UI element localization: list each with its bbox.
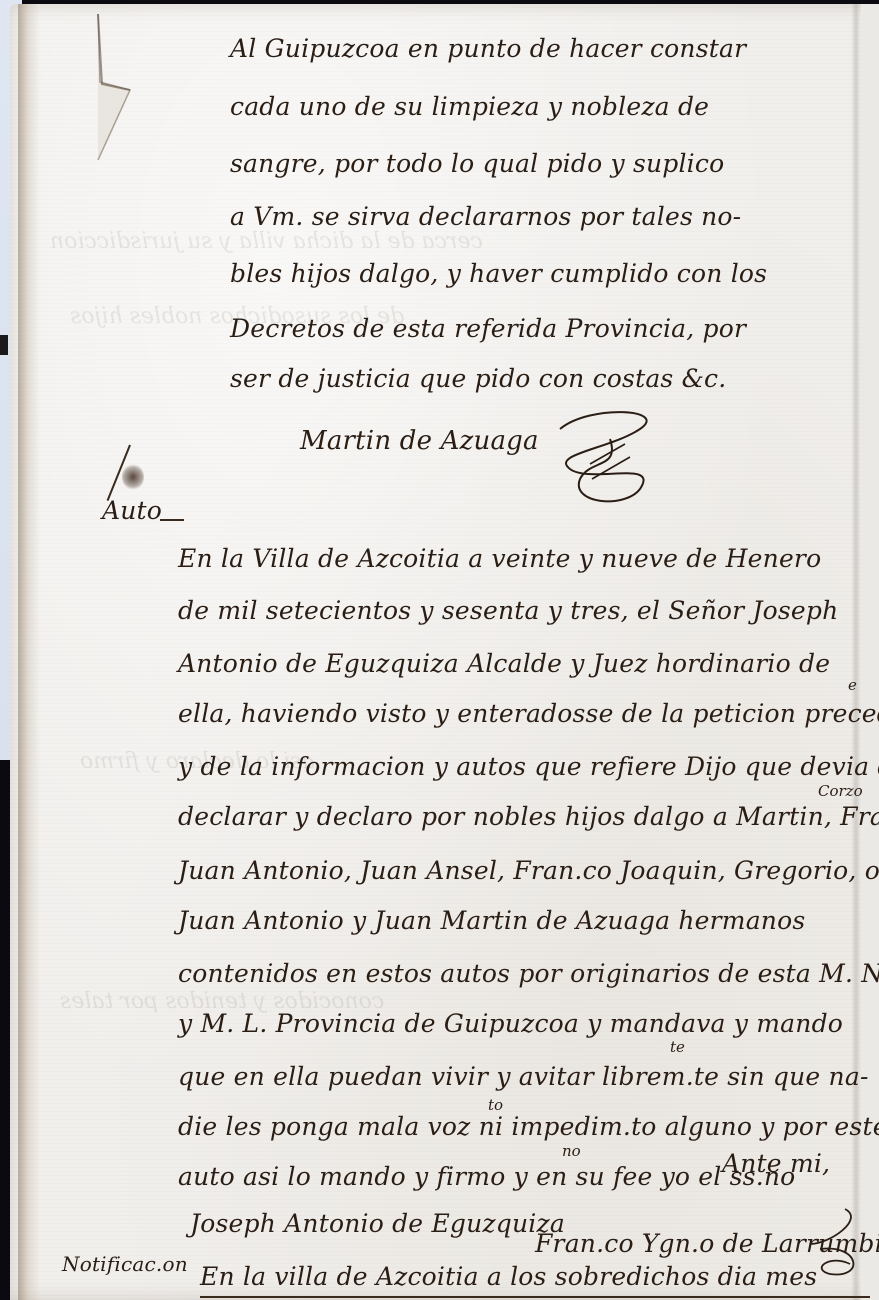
binding-fold-line <box>851 4 861 1300</box>
petition-line-6: Decretos de esta referida Provincia, por <box>230 314 746 343</box>
petition-line-4: a Vm. se sirva declararnos por tales no- <box>230 202 741 231</box>
margin-heading-auto: Auto <box>102 496 162 525</box>
superscript-to: to <box>488 1096 503 1114</box>
manuscript-page: cerca de la dicha villa y su jurisdiccio… <box>10 4 879 1300</box>
bleed-through-text: cerca de la dicha villa y su jurisdiccio… <box>50 229 483 254</box>
auto-line-9: contenidos en estos autos por originario… <box>178 959 879 988</box>
final-line: En la villa de Azcoitia a los sobredicho… <box>200 1262 817 1291</box>
auto-line-8: Juan Antonio y Juan Martin de Azuaga her… <box>178 906 805 935</box>
petitioner-signature: Martin de Azuaga <box>300 426 539 456</box>
petition-line-2: cada uno de su limpieza y nobleza de <box>230 92 709 121</box>
notary-signature: Fran.co Ygn.o de Larrumbide <box>535 1229 879 1258</box>
superscript-corzo: Corzo <box>818 782 863 800</box>
auto-line-6: declarar y declaro por nobles hijos dalg… <box>178 802 879 831</box>
margin-note-notificacion: Notificac.on <box>62 1252 188 1276</box>
superscript-te: te <box>670 1038 685 1056</box>
right-margin-strip <box>861 4 879 1300</box>
superscript-preced: e <box>848 676 857 694</box>
petition-line-5: bles hijos dalgo, y haver cumplido con l… <box>230 259 767 288</box>
heading-underline <box>160 519 184 521</box>
manuscript-scan: cerca de la dicha villa y su jurisdiccio… <box>0 0 879 1300</box>
auto-line-10: y M. L. Provincia de Guipuzcoa y mandava… <box>178 1009 843 1038</box>
petition-line-3: sangre, por todo lo qual pido y suplico <box>230 149 724 178</box>
auto-line-2: de mil setecientos y sesenta y tres, el … <box>178 596 838 625</box>
auto-line-7: Juan Antonio, Juan Ansel, Fran.co Joaqui… <box>178 856 879 885</box>
closing-rule <box>200 1296 870 1298</box>
auto-line-4: ella, haviendo visto y enteradosse de la… <box>178 699 879 728</box>
auto-line-5: y de la informacion y autos que refiere … <box>178 752 879 781</box>
signature-flourish-icon <box>530 399 670 519</box>
petition-line-1: Al Guipuzcoa en punto de hacer constar <box>230 34 746 63</box>
ink-blot <box>122 464 144 490</box>
auto-line-13: auto asi lo mando y firmo y en su fee yo… <box>178 1162 795 1191</box>
alcalde-signature: Joseph Antonio de Eguzquiza <box>190 1209 565 1238</box>
petition-line-7: ser de justicia que pido con costas &c. <box>230 364 726 393</box>
folded-corner-icon <box>94 12 134 162</box>
auto-line-11: que en ella puedan vivir y avitar librem… <box>178 1062 869 1091</box>
stained-left-edge <box>18 4 40 1300</box>
auto-line-1: En la Villa de Azcoitia a veinte y nueve… <box>178 544 821 573</box>
superscript-no: no <box>562 1142 581 1160</box>
scanner-clip-shadow <box>0 335 8 355</box>
auto-line-12: die les ponga mala voz ni impedim.to alg… <box>178 1112 879 1141</box>
ante-mi: Ante mi, <box>722 1149 830 1178</box>
auto-line-3: Antonio de Eguzquiza Alcalde y Juez hord… <box>178 649 830 678</box>
